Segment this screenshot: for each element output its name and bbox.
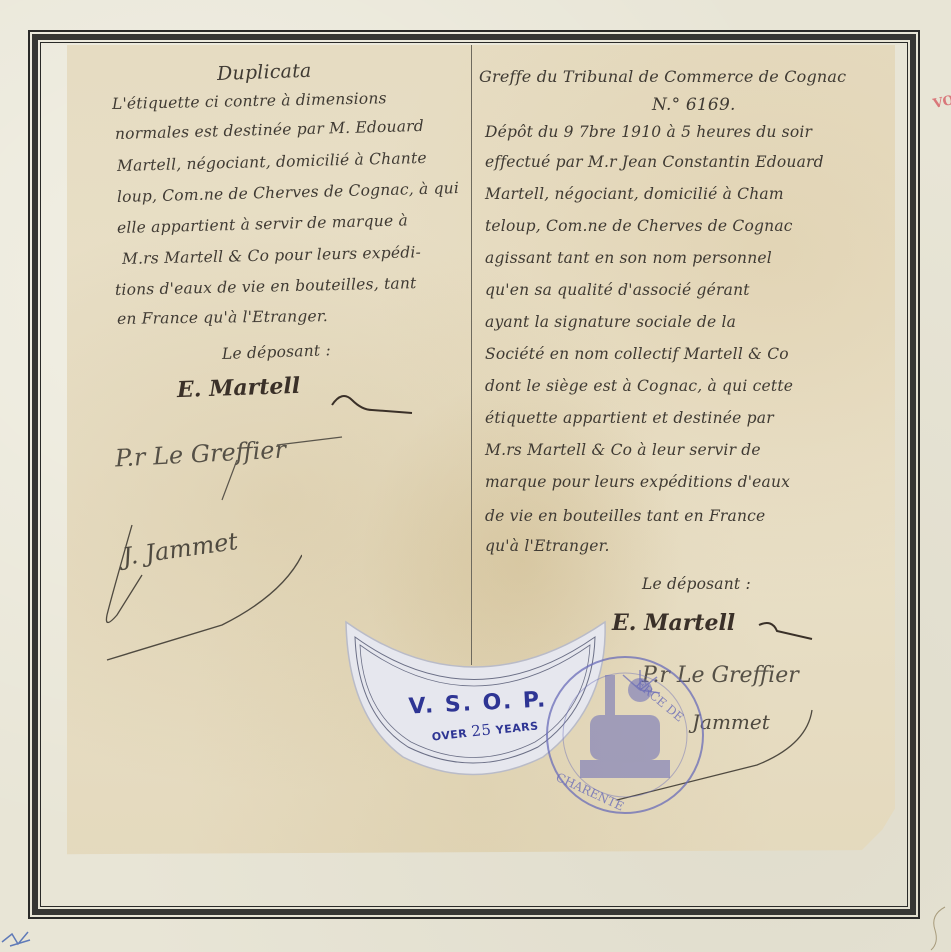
registry-header: Greffe du Tribunal de Commerce de Cognac — [479, 67, 846, 86]
right-line: effectué par M.r Jean Constantin Edouard — [485, 153, 824, 171]
registry-number: N.° 6169. — [652, 95, 736, 115]
right-line: Dépôt du 9 7bre 1910 à 5 heures du soir — [485, 123, 812, 141]
left-line: Martell, négociant, domicilié à Chante — [117, 149, 427, 175]
duplicata-title: Duplicata — [217, 60, 312, 85]
right-line: agissant tant en son nom personnel — [485, 249, 772, 267]
left-line: L'étiquette ci contre à dimensions — [112, 89, 387, 113]
right-line: qu'à l'Etranger. — [485, 537, 610, 555]
right-line: dont le siège est à Cognac, à qui cette — [485, 377, 793, 395]
left-line: loup, Com.ne de Cherves de Cognac, à qui — [117, 179, 459, 206]
right-depositor-signature: E. Martell — [612, 610, 735, 636]
right-line: qu'en sa qualité d'associé gérant — [485, 281, 750, 299]
right-line: de vie en bouteilles tant en France — [485, 507, 765, 525]
left-depositor-label: Le déposant : — [222, 341, 331, 363]
clerk-flourish — [127, 425, 347, 505]
right-depositor-label: Le déposant : — [642, 575, 751, 593]
tribunal-seal-stamp: ERCE DE CHARENTE — [535, 645, 710, 820]
right-line: ayant la signature sociale de la — [485, 313, 736, 331]
left-line: en France qu'à l'Etranger. — [117, 307, 328, 328]
margin-blue-scribble — [0, 928, 40, 952]
left-line: M.rs Martell & Co pour leurs expédi- — [122, 243, 421, 268]
right-line: marque pour leurs expéditions d'eaux — [485, 473, 790, 491]
margin-red-stamp: VO — [932, 93, 951, 112]
right-line: M.rs Martell & Co à leur servir de — [485, 441, 761, 459]
right-line: étiquette appartient et destinée par — [485, 409, 774, 427]
right-signature-flourish — [757, 617, 817, 647]
column-divider — [471, 45, 472, 665]
left-line: elle appartient à servir de marque à — [117, 211, 408, 237]
right-line: teloup, Com.ne de Cherves de Cognac — [485, 217, 793, 235]
left-line: tions d'eaux de vie en bouteilles, tant — [115, 274, 417, 299]
margin-pencil-mark — [925, 905, 951, 952]
right-line: Société en nom collectif Martell & Co — [485, 345, 789, 363]
signature-flourish — [327, 385, 417, 425]
clerk-signature-flourish — [102, 515, 302, 665]
left-depositor-signature: E. Martell — [177, 373, 301, 403]
right-line: Martell, négociant, domicilié à Cham — [485, 185, 784, 203]
left-line: normales est destinée par M. Edouard — [115, 117, 424, 143]
